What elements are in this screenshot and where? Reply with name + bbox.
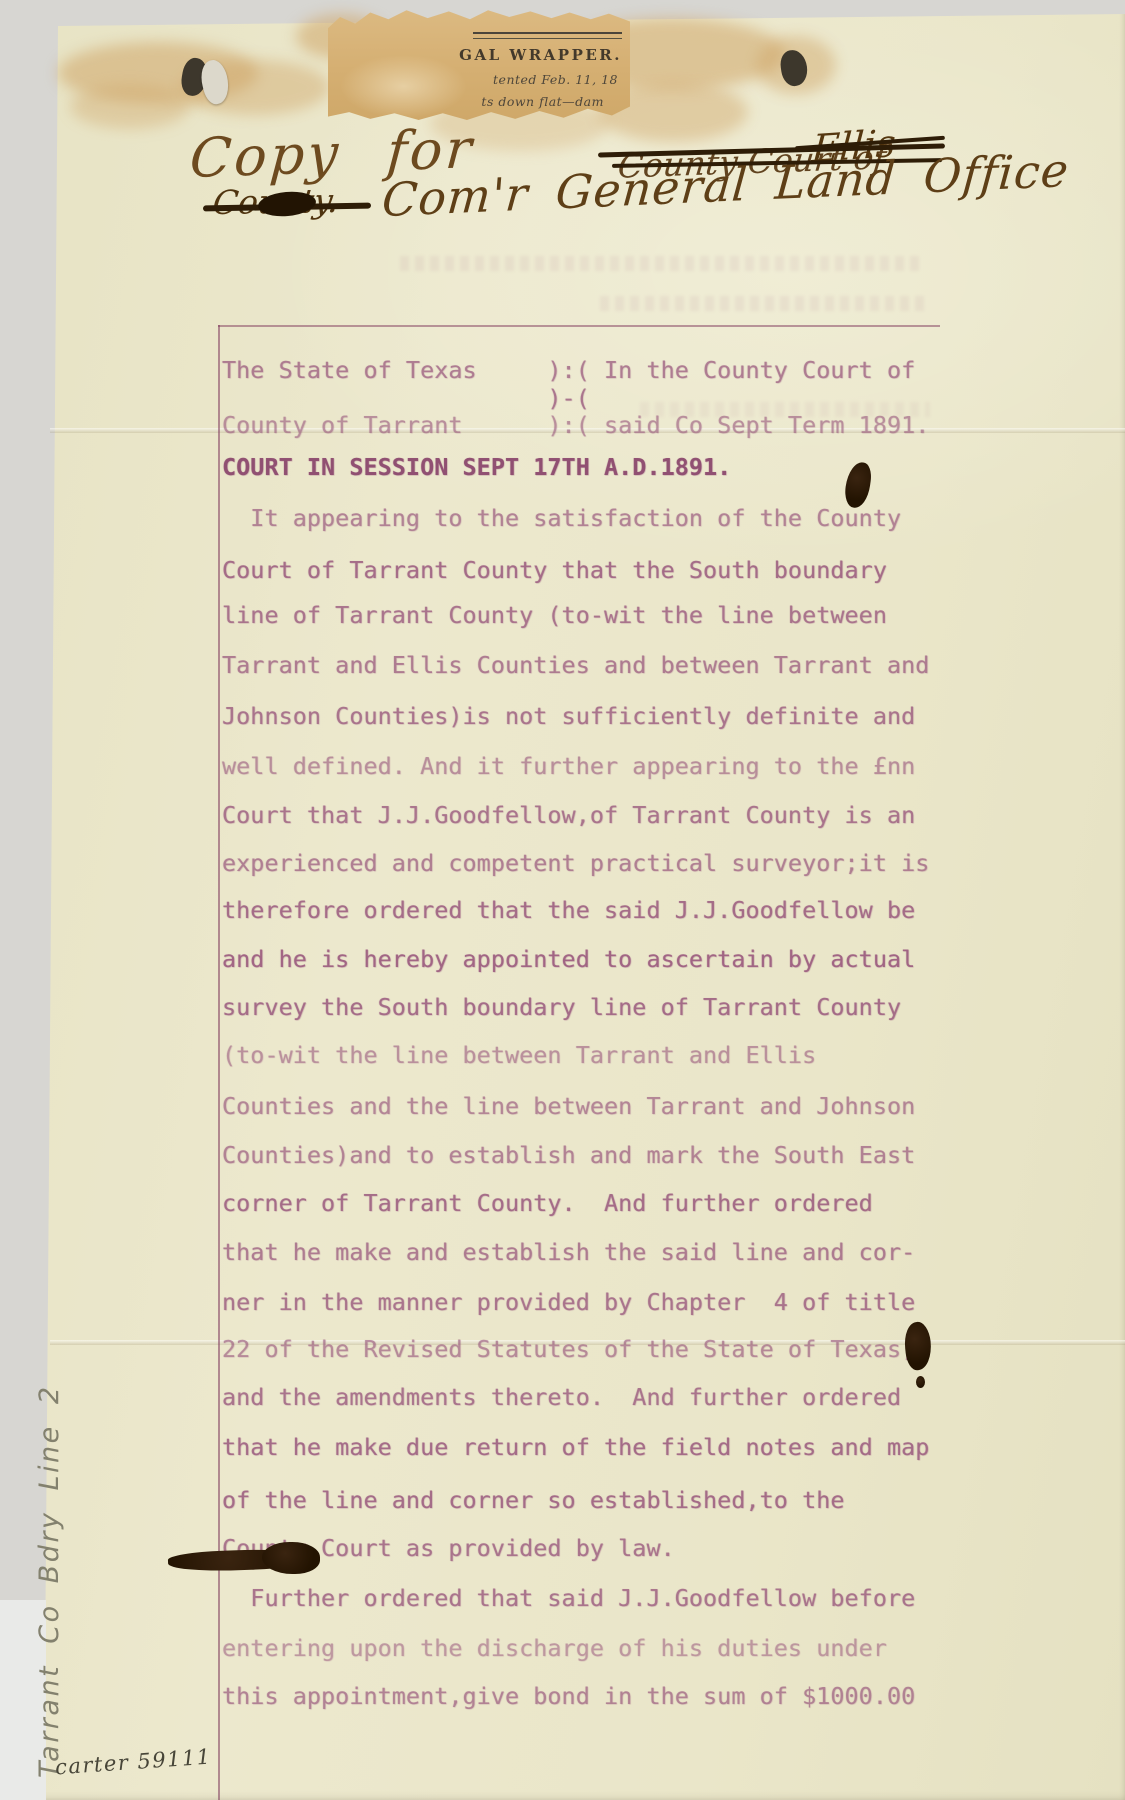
typed-line: Tarrant and Ellis Counties and between T… <box>222 650 929 680</box>
typed-line: The State of Texas ):( In the County Cou… <box>222 355 915 385</box>
ink-blot <box>916 1376 925 1388</box>
typed-line: corner of Tarrant County. And further or… <box>222 1188 873 1218</box>
typed-line: Court that J.J.Goodfellow,of Tarrant Cou… <box>222 800 915 830</box>
typed-line: Court of Tarrant County that the South b… <box>222 555 887 585</box>
typed-line: 22 of the Revised Statutes of the State … <box>222 1334 915 1364</box>
bleed-through-smudge <box>400 256 920 271</box>
wrapper-label-rule <box>473 32 622 39</box>
typed-line: (to-wit the line between Tarrant and Ell… <box>222 1040 816 1070</box>
bleed-through-smudge <box>600 296 930 311</box>
typed-line: Counties)and to establish and mark the S… <box>222 1140 915 1170</box>
wrapper-label-line3: ts down flat—dam <box>481 94 604 109</box>
margin-note-vertical: Tarrant Co Bdry Line 2 <box>34 1258 65 1778</box>
typed-line: COURT IN SESSION SEPT 17TH A.D.1891. <box>222 452 731 482</box>
typed-line: entering upon the discharge of his dutie… <box>222 1633 887 1663</box>
typed-line: ner in the manner provided by Chapter 4 … <box>222 1287 915 1317</box>
typed-line: survey the South boundary line of Tarran… <box>222 992 901 1022</box>
typed-line: therefore ordered that the said J.J.Good… <box>222 895 915 925</box>
stain <box>70 84 190 129</box>
wrapper-label-fragment: GAL WRAPPER. tented Feb. 11, 18 ts down … <box>328 8 630 120</box>
typed-line: County of Tarrant ):( said Co Sept Term … <box>222 410 929 440</box>
typed-line: )-( <box>222 383 590 413</box>
margin-rule-vertical <box>218 325 220 1800</box>
typed-line: line of Tarrant County (to-wit the line … <box>222 600 887 630</box>
typed-line: and the amendments thereto. And further … <box>222 1382 901 1412</box>
margin-rule-horizontal <box>218 325 940 327</box>
typed-line: this appointment,give bond in the sum of… <box>222 1681 915 1711</box>
typed-line: well defined. And it further appearing t… <box>222 751 915 781</box>
typed-line: It appearing to the satisfaction of the … <box>222 503 901 533</box>
typed-line: Johnson Counties)is not sufficiently def… <box>222 701 915 731</box>
wrapper-label-title: GAL WRAPPER. <box>459 46 622 64</box>
typed-line: that he make due return of the field not… <box>222 1432 929 1462</box>
ink-smear <box>262 1542 320 1574</box>
typed-line: and he is hereby appointed to ascertain … <box>222 944 915 974</box>
typed-line: of the line and corner so established,to… <box>222 1485 845 1515</box>
typed-line: that he make and establish the said line… <box>222 1237 915 1267</box>
typed-line: Further ordered that said J.J.Goodfellow… <box>222 1583 915 1613</box>
typed-line: Counties and the line between Tarrant an… <box>222 1091 915 1121</box>
wrapper-label-line2: tented Feb. 11, 18 <box>493 72 618 87</box>
typed-line: experienced and competent practical surv… <box>222 848 929 878</box>
